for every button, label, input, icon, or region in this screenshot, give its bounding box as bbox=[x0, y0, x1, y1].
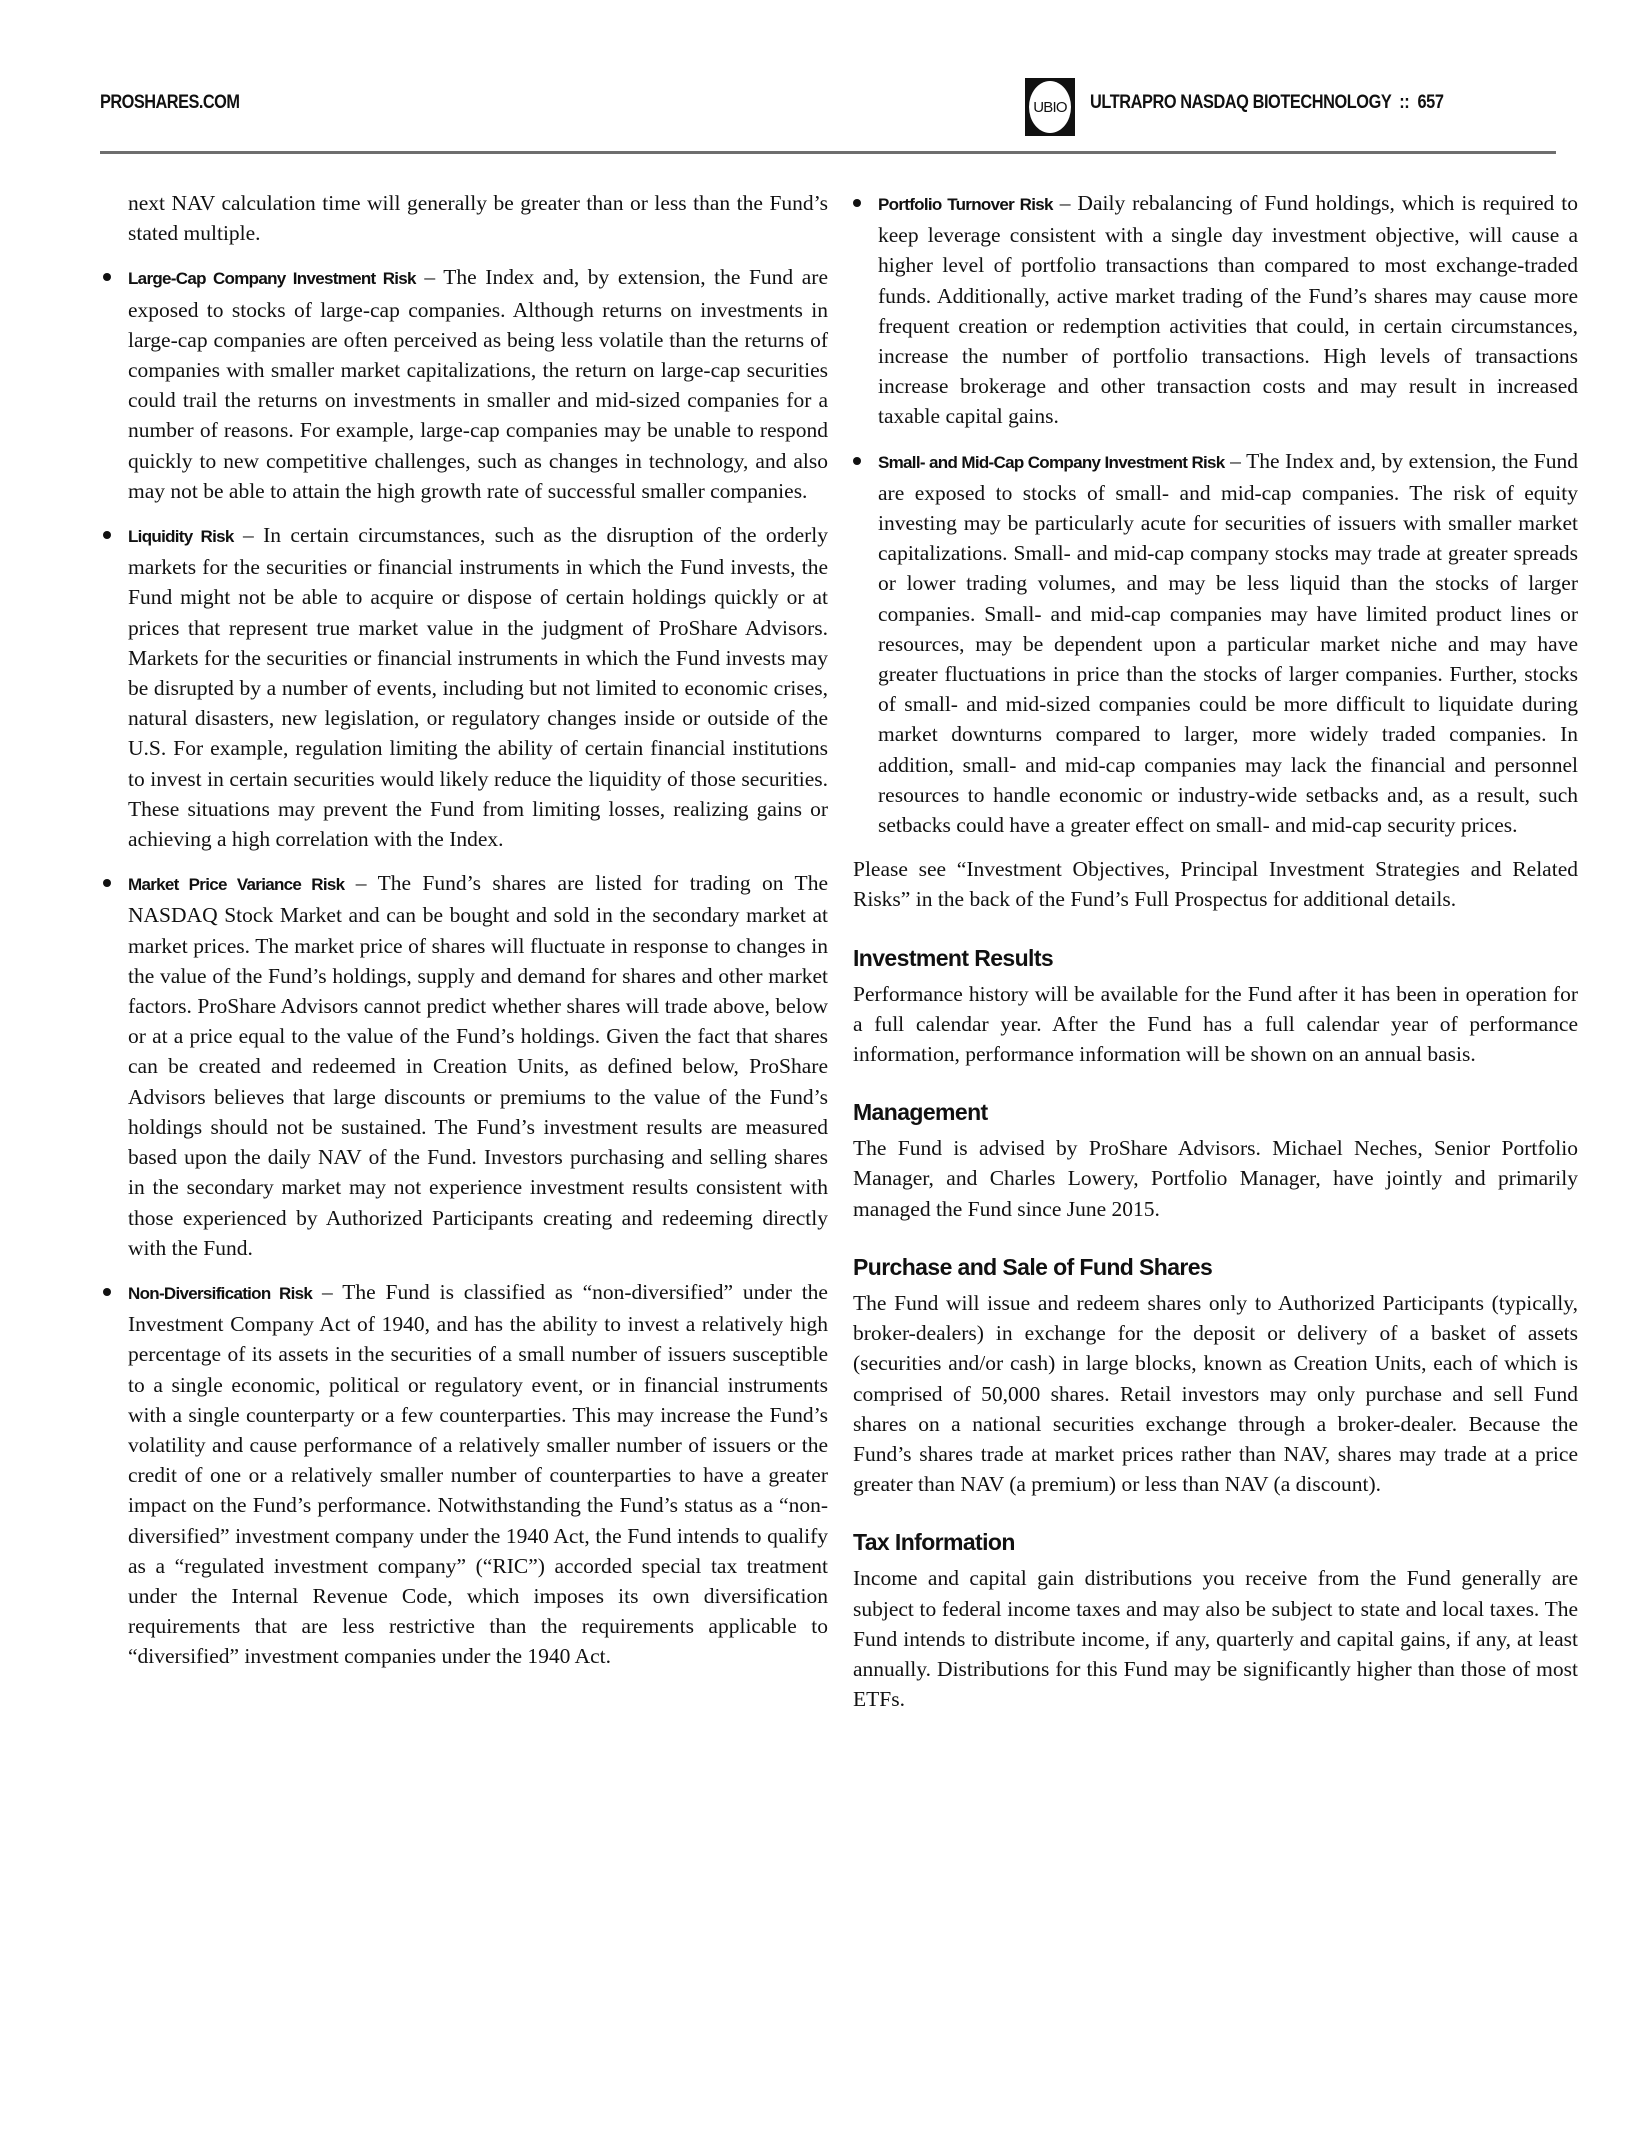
risk-term: Non-Diversification Risk bbox=[128, 1284, 312, 1303]
left-column: next NAV calculation time will generally… bbox=[103, 188, 828, 1672]
fund-name: ULTRAPRO NASDAQ BIOTECHNOLOGY bbox=[1090, 92, 1391, 113]
fund-title: ULTRAPRO NASDAQ BIOTECHNOLOGY :: 657 bbox=[1090, 92, 1443, 114]
risk-item-liquidity: Liquidity Risk – In certain circumstance… bbox=[103, 520, 828, 854]
ticker-badge: UBIO bbox=[1025, 78, 1075, 136]
risk-text: The Index and, by extension, the Fund ar… bbox=[128, 265, 828, 502]
purchase-sale-body: The Fund will issue and redeem shares on… bbox=[853, 1288, 1578, 1499]
bullet-icon bbox=[853, 457, 861, 465]
bullet-icon bbox=[103, 531, 111, 539]
risk-text: Daily rebalancing of Fund holdings, whic… bbox=[878, 191, 1578, 428]
risk-text: The Index and, by extension, the Fund ar… bbox=[878, 449, 1578, 837]
risk-text: In certain circumstances, such as the di… bbox=[128, 523, 828, 851]
risk-item-large-cap: Large-Cap Company Investment Risk – The … bbox=[103, 262, 828, 506]
risk-term: Portfolio Turnover Risk bbox=[878, 195, 1053, 214]
risk-term: Large-Cap Company Investment Risk bbox=[128, 269, 416, 288]
heading-purchase-sale: Purchase and Sale of Fund Shares bbox=[853, 1252, 1578, 1282]
title-separator: :: bbox=[1395, 92, 1413, 113]
risk-item-small-mid-cap: Small- and Mid-Cap Company Investment Ri… bbox=[853, 446, 1578, 841]
tax-information-body: Income and capital gain distributions yo… bbox=[853, 1563, 1578, 1714]
risk-item-portfolio-turnover: Portfolio Turnover Risk – Daily rebalanc… bbox=[853, 188, 1578, 432]
page-number: 657 bbox=[1417, 92, 1443, 113]
bullet-icon bbox=[853, 199, 861, 207]
continuation-paragraph: next NAV calculation time will generally… bbox=[103, 188, 828, 248]
risk-text: The Fund’s shares are listed for trad­in… bbox=[128, 871, 828, 1259]
right-column: Portfolio Turnover Risk – Daily rebalanc… bbox=[853, 188, 1578, 1714]
see-also-paragraph: Please see “Investment Objectives, Princ… bbox=[853, 854, 1578, 914]
risk-term: Small- and Mid-Cap Company Investment Ri… bbox=[878, 453, 1225, 472]
risk-text: The Fund is classified as “non-diversifi… bbox=[128, 1280, 828, 1668]
management-body: The Fund is advised by ProShare Advisors… bbox=[853, 1133, 1578, 1224]
heading-investment-results: Investment Results bbox=[853, 943, 1578, 973]
ticker-badge-label: UBIO bbox=[1029, 81, 1071, 133]
risk-item-market-price-variance: Market Price Variance Risk – The Fund’s … bbox=[103, 868, 828, 1263]
heading-management: Management bbox=[853, 1097, 1578, 1127]
risk-term: Liquidity Risk bbox=[128, 527, 234, 546]
bullet-icon bbox=[103, 1288, 111, 1296]
header-rule bbox=[100, 151, 1556, 154]
site-url: PROSHARES.COM bbox=[100, 92, 239, 114]
page-header: PROSHARES.COM UBIO ULTRAPRO NASDAQ BIOTE… bbox=[100, 70, 1556, 154]
risk-item-non-diversification: Non-Diversification Risk – The Fund is c… bbox=[103, 1277, 828, 1672]
risk-term: Market Price Variance Risk bbox=[128, 875, 344, 894]
investment-results-body: Performance history will be available fo… bbox=[853, 979, 1578, 1070]
bullet-icon bbox=[103, 273, 111, 281]
bullet-icon bbox=[103, 879, 111, 887]
heading-tax-information: Tax Information bbox=[853, 1527, 1578, 1557]
